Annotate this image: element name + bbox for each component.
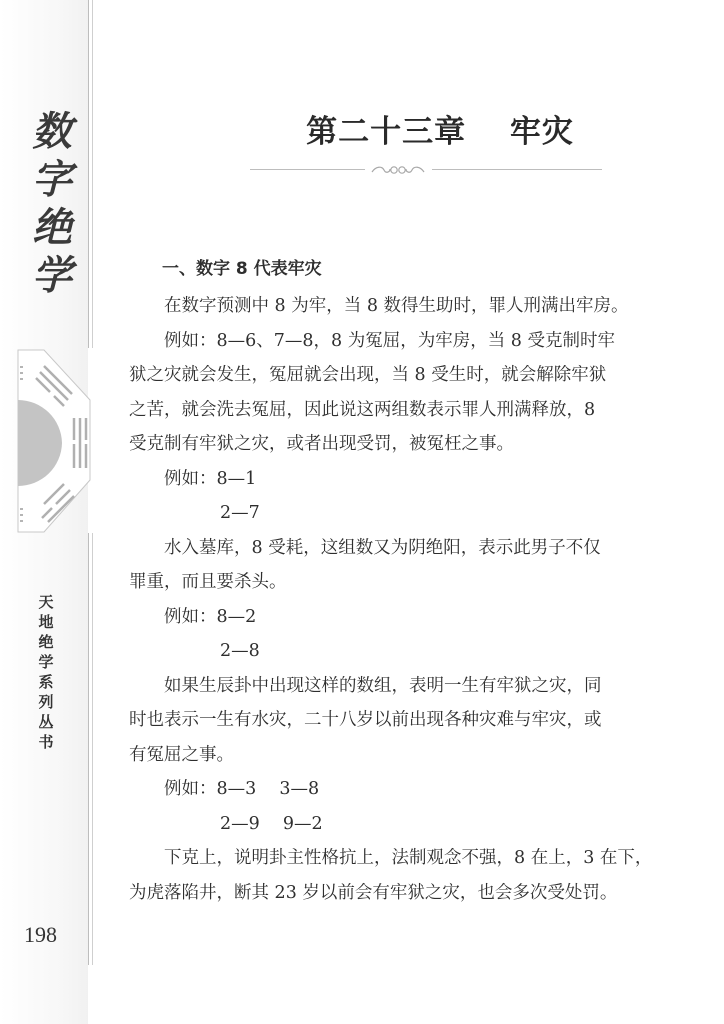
- series-char: 丛: [38, 712, 53, 732]
- margin-rule-bottom: [88, 533, 93, 965]
- paragraph-line: 有冤屈之事。: [129, 738, 674, 773]
- bagua-yin-yang-icon: [14, 348, 94, 534]
- example-1-row-1: 例如：8—1: [164, 462, 674, 497]
- book-title-char: 字: [32, 158, 72, 202]
- paragraph-line: 罪重，而且要杀头。: [129, 565, 674, 600]
- paragraph-line: 时也表示一生有水灾，二十八岁以前出现各种灾难与牢灾，或: [129, 703, 674, 738]
- series-char: 学: [38, 652, 53, 672]
- example-2-row-2: 2—8: [164, 634, 674, 669]
- book-title-char: 学: [32, 254, 72, 298]
- example-3-row-2: 2—9 9—2: [164, 807, 674, 842]
- book-title-char: 数: [32, 110, 72, 154]
- divider-line-left: [250, 169, 365, 170]
- book-title-char: 绝: [32, 206, 72, 250]
- chapter-title: 第二十三章 牢灾: [250, 106, 630, 151]
- paragraph-2: 例如：8—6、7—8，8 为冤屈，为牢房，当 8 受克制时牢 狱之灾就会发生，冤…: [164, 324, 674, 462]
- paragraph-line: 下克上，说明卦主性格抗上，法制观念不强，8 在上，3 在下，: [164, 841, 674, 876]
- series-char: 系: [38, 672, 53, 692]
- page-number: 198: [24, 922, 57, 948]
- paragraph-line: 水入墓库，8 受耗，这组数又为阴绝阳，表示此男子不仅: [164, 531, 674, 566]
- paragraph-line: 例如：8—6、7—8，8 为冤屈，为牢房，当 8 受克制时牢: [164, 324, 674, 359]
- series-title-vertical: 天 地 绝 学 系 列 丛 书: [34, 592, 58, 752]
- paragraph-line: 在数字预测中 8 为牢，当 8 数得生助时，罪人刑满出牢房。: [164, 289, 674, 324]
- series-char: 天: [38, 592, 53, 612]
- flourish-divider-icon: [370, 160, 426, 180]
- paragraph-line: 狱之灾就会发生，冤屈就会出现，当 8 受生时，就会解除牢狱: [129, 358, 674, 393]
- divider-line-right: [432, 169, 602, 170]
- paragraph-3: 水入墓库，8 受耗，这组数又为阴绝阳，表示此男子不仅 罪重，而且要杀头。: [164, 531, 674, 600]
- paragraph-line: 之苦，就会洗去冤屈，因此说这两组数表示罪人刑满释放，8: [129, 393, 674, 428]
- series-char: 绝: [38, 632, 53, 652]
- section-heading: 一、数字 8 代表牢灾: [162, 252, 674, 286]
- series-char: 书: [38, 732, 53, 752]
- example-3-row-1: 例如：8—3 3—8: [164, 772, 674, 807]
- paragraph-line: 为虎落陷井，断其 23 岁以前会有牢狱之灾，也会多次受处罚。: [129, 876, 674, 911]
- paragraph-4: 如果生辰卦中出现这样的数组，表明一生有牢狱之灾，同 时也表示一生有水灾，二十八岁…: [164, 669, 674, 773]
- paragraph-line: 受克制有牢狱之灾，或者出现受罚，被冤枉之事。: [129, 427, 674, 462]
- chapter-divider: [250, 160, 630, 180]
- series-char: 列: [38, 692, 53, 712]
- example-2-row-1: 例如：8—2: [164, 600, 674, 635]
- paragraph-line: 如果生辰卦中出现这样的数组，表明一生有牢狱之灾，同: [164, 669, 674, 704]
- paragraph-5: 下克上，说明卦主性格抗上，法制观念不强，8 在上，3 在下， 为虎落陷井，断其 …: [164, 841, 674, 910]
- margin-rule-top: [88, 0, 93, 348]
- paragraph-1: 在数字预测中 8 为牢，当 8 数得生助时，罪人刑满出牢房。: [164, 289, 674, 324]
- book-title-vertical: 数 字 绝 学: [28, 110, 76, 298]
- example-1-row-2: 2—7: [164, 496, 674, 531]
- series-char: 地: [38, 612, 53, 632]
- chapter-body: 一、数字 8 代表牢灾 在数字预测中 8 为牢，当 8 数得生助时，罪人刑满出牢…: [164, 252, 674, 910]
